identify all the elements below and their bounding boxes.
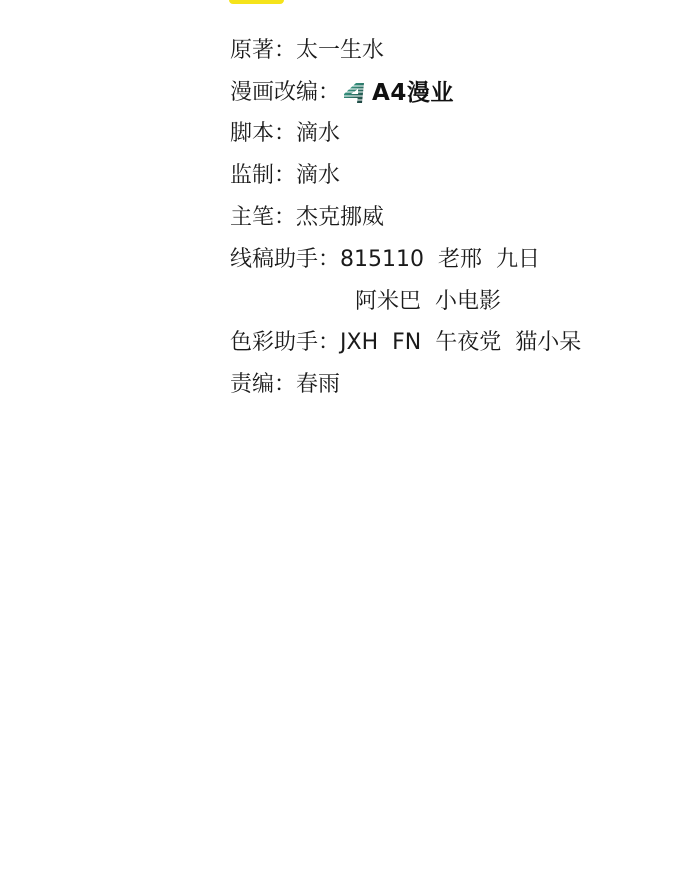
credit-label: 责编： — [230, 371, 296, 399]
credit-row-supervisor: 监制： 滴水 — [230, 155, 670, 197]
credit-value: 太一生水 — [296, 37, 384, 65]
credit-value: 滴水 — [296, 162, 340, 190]
credit-row-line-assistants: 线稿助手： 815110 老邢 九日 — [230, 239, 670, 281]
credit-row-adaptation: 漫画改编： — [230, 72, 670, 114]
a4-logo-icon — [342, 82, 368, 104]
credit-row-script: 脚本： 滴水 — [230, 114, 670, 156]
credit-value: 杰克挪威 — [296, 204, 384, 232]
yellow-top-bar — [229, 0, 284, 4]
studio-logo-text: A4漫业 — [372, 79, 454, 107]
credit-label: 色彩助手： — [230, 329, 340, 357]
credit-value: 春雨 — [296, 371, 340, 399]
credit-value: JXH FN 午夜党 猫小呆 — [340, 329, 581, 357]
credit-label: 原著： — [230, 37, 296, 65]
credit-value: 阿米巴 小电影 — [355, 288, 501, 316]
credits-list: 原著： 太一生水 漫画改编： — [230, 30, 670, 406]
credit-label: 脚本： — [230, 120, 296, 148]
credit-value: 滴水 — [296, 120, 340, 148]
studio-logo: A4漫业 — [342, 79, 454, 107]
credit-row-original-author: 原著： 太一生水 — [230, 30, 670, 72]
credit-label: 线稿助手： — [230, 246, 340, 274]
credit-value: 815110 老邢 九日 — [340, 246, 540, 274]
credit-row-editor: 责编： 春雨 — [230, 364, 670, 406]
credit-label: 监制： — [230, 162, 296, 190]
credit-row-line-assistants-continued: 阿米巴 小电影 — [230, 281, 670, 323]
credit-row-color-assistants: 色彩助手： JXH FN 午夜党 猫小呆 — [230, 323, 670, 365]
credit-label: 主笔： — [230, 204, 296, 232]
credit-label: 漫画改编： — [230, 79, 340, 107]
credit-row-lead-artist: 主笔： 杰克挪威 — [230, 197, 670, 239]
